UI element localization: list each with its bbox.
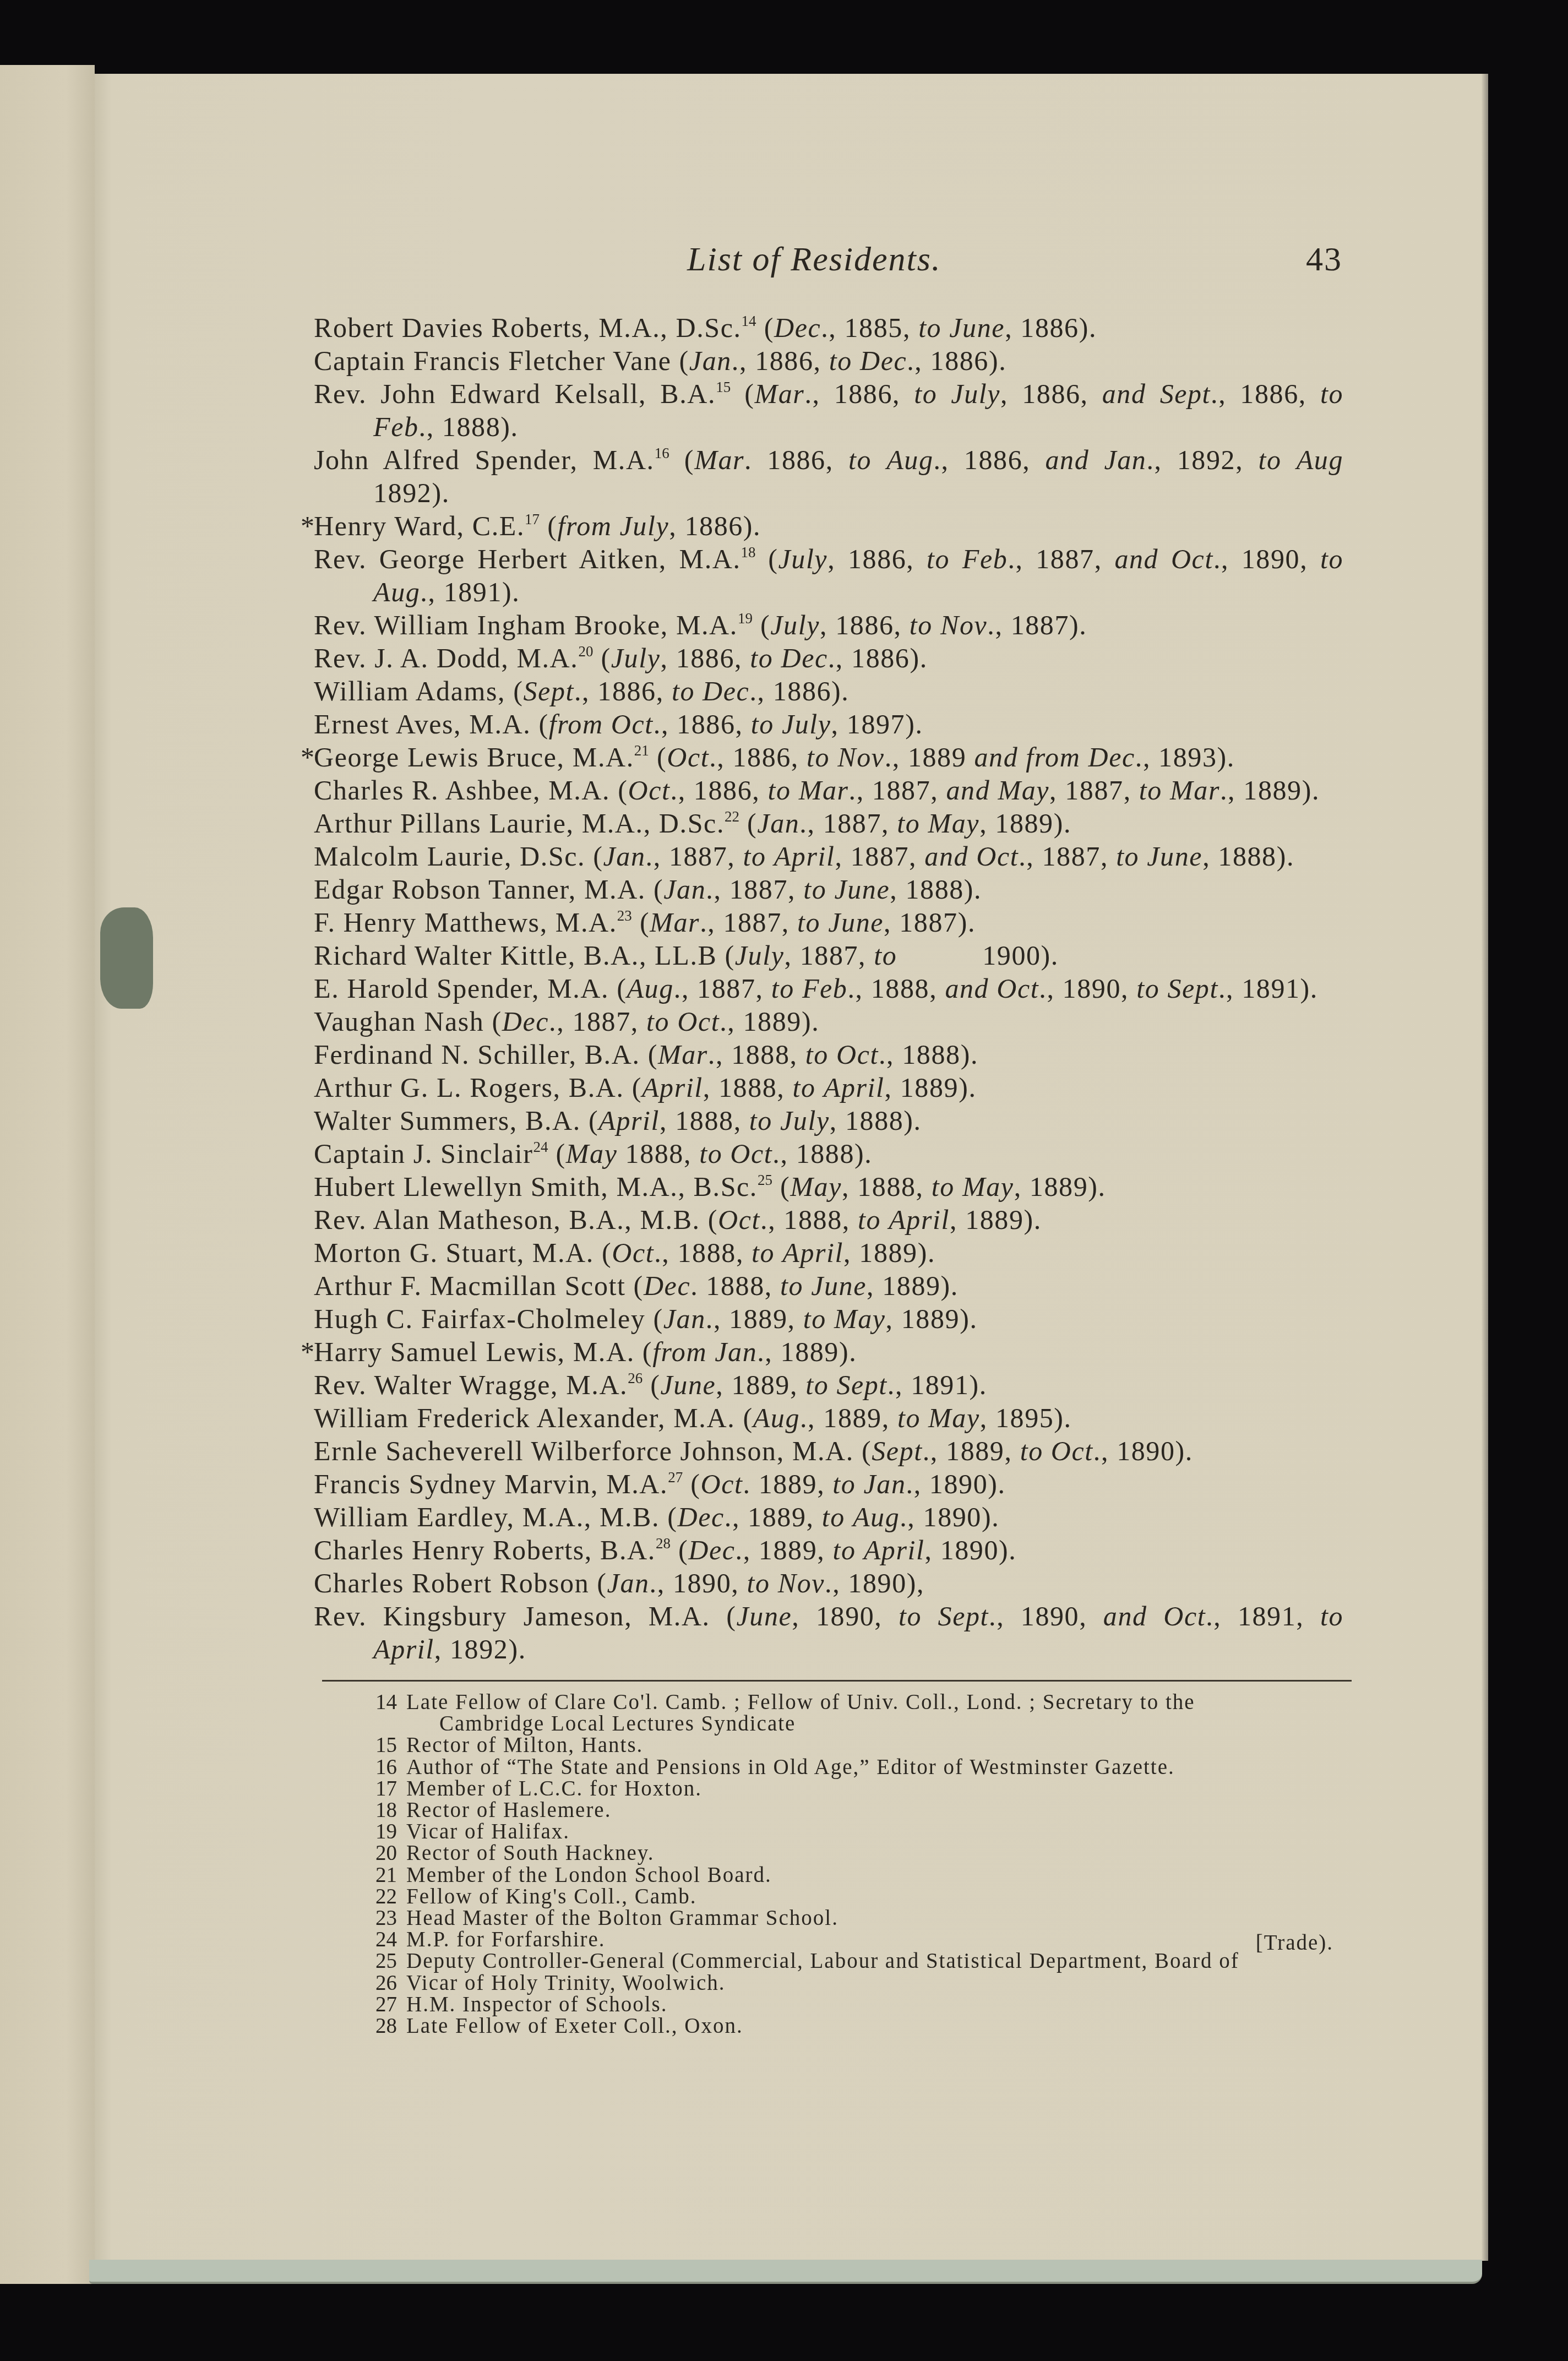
residence-period: (Mar. 1886, to Aug., 1886, and Jan., 189…	[684, 444, 1343, 475]
resident-name: William Adams,	[314, 676, 505, 706]
resident-line: Rev. J. A. Dodd, M.A.20 (July, 1886, to …	[314, 641, 1343, 674]
footnote-text: Vicar of Holy Trinity, Woolwich.	[406, 1971, 726, 1995]
resident-name: Ernle Sacheverell Wilberforce Johnson, M…	[314, 1435, 854, 1466]
footnote-number: 22	[375, 1886, 406, 1907]
residence-period: (Mar., 1886, to July, 1886, and Sept., 1…	[744, 378, 1343, 409]
footnote-number: 18	[375, 1799, 406, 1821]
residence-period: (Aug., 1887, to Feb., 1888, and Oct., 18…	[617, 973, 1318, 1004]
footnote-text: Member of the London School Board.	[406, 1863, 772, 1887]
resident-name: Richard Walter Kittle, B.A., LL.B	[314, 940, 717, 971]
resident-entry: Arthur G. L. Rogers, B.A. (April, 1888, …	[314, 1071, 1343, 1104]
footnote: 17Member of L.C.C. for Hoxton.	[375, 1778, 1344, 1799]
resident-line: Walter Summers, B.A. (April, 1888, to Ju…	[314, 1104, 1343, 1137]
residence-period: (Jan., 1886, to Dec., 1886).	[679, 345, 1007, 376]
resident-line: F. Henry Matthews, M.A.23 (Mar., 1887, t…	[314, 906, 1343, 939]
resident-name: William Eardley, M.A., M.B.	[314, 1502, 660, 1532]
footnote-ref: 24	[533, 1139, 548, 1155]
residence-period: (Jan., 1890, to Nov., 1890),	[597, 1568, 924, 1598]
footnote-ref: 17	[525, 511, 540, 527]
residence-period: (Oct. 1889, to Jan., 1890).	[690, 1468, 1005, 1499]
footnote-line: 22Fellow of King's Coll., Camb.	[375, 1886, 1344, 1907]
resident-line: *Harry Samuel Lewis, M.A. (from Jan., 18…	[314, 1335, 1343, 1368]
resident-line: Rev. George Herbert Aitken, M.A.18 (July…	[314, 542, 1343, 575]
residence-period: (April, 1888, to July, 1888).	[589, 1105, 922, 1136]
footnote-line-continued: Cambridge Local Lectures Syndicate	[375, 1713, 1344, 1734]
resident-entry: F. Henry Matthews, M.A.23 (Mar., 1887, t…	[314, 906, 1343, 939]
resident-line: Malcolm Laurie, D.Sc. (Jan., 1887, to Ap…	[314, 840, 1343, 873]
resident-name: Hugh C. Fairfax-Cholmeley	[314, 1303, 645, 1334]
resident-line: Arthur G. L. Rogers, B.A. (April, 1888, …	[314, 1071, 1343, 1104]
resident-line-continued: April, 1892).	[314, 1633, 1343, 1666]
residence-period: (from Jan., 1889).	[643, 1336, 857, 1367]
footnote: 23Head Master of the Bolton Grammar Scho…	[375, 1907, 1344, 1929]
footnote-number: 15	[375, 1734, 406, 1756]
resident-entry: Rev. George Herbert Aitken, M.A.18 (July…	[314, 542, 1343, 608]
residence-period: (Dec., 1885, to June, 1886).	[764, 312, 1097, 343]
resident-line: Francis Sydney Marvin, M.A.27 (Oct. 1889…	[314, 1467, 1343, 1500]
footnote-line: 26Vicar of Holy Trinity, Woolwich.	[375, 1972, 1344, 1994]
resident-name: Rev. John Edward Kelsall, B.A.	[314, 378, 716, 409]
footnote-text-continued: Cambridge Local Lectures Syndicate	[439, 1712, 796, 1736]
facing-page-edge	[0, 65, 95, 2284]
footnote-number: 28	[375, 2015, 406, 2037]
footnote-ref: 26	[628, 1370, 643, 1386]
footnote: 22Fellow of King's Coll., Camb.	[375, 1886, 1344, 1907]
residence-period: (Sept., 1886, to Dec., 1886).	[513, 676, 849, 706]
footnote-line: 23Head Master of the Bolton Grammar Scho…	[375, 1907, 1344, 1929]
resident-entry: Charles Robert Robson (Jan., 1890, to No…	[314, 1566, 1343, 1600]
footnote-line: 27H.M. Inspector of Schools.	[375, 1994, 1344, 2015]
residence-period: (Dec., 1889, to Aug., 1890).	[667, 1502, 999, 1532]
footnote-line: 20Rector of South Hackney.	[375, 1842, 1344, 1864]
residence-period-continued: Feb., 1888).	[373, 411, 519, 442]
resident-entry: Robert Davies Roberts, M.A., D.Sc.14 (De…	[314, 311, 1343, 344]
resident-line: Edgar Robson Tanner, M.A. (Jan., 1887, t…	[314, 873, 1343, 906]
resident-name: Robert Davies Roberts, M.A., D.Sc.	[314, 312, 742, 343]
resident-name: Rev. Kingsbury Jameson, M.A.	[314, 1601, 710, 1631]
resident-name: Captain Francis Fletcher Vane	[314, 345, 671, 376]
resident-entry: William Adams, (Sept., 1886, to Dec., 18…	[314, 674, 1343, 708]
footnote-text: Rector of Haslemere.	[406, 1798, 611, 1822]
book-cover-edge	[89, 2260, 1482, 2284]
residence-period: (Oct., 1886, to Mar., 1887, and May, 188…	[618, 775, 1320, 806]
resident-entry: William Frederick Alexander, M.A. (Aug.,…	[314, 1401, 1343, 1434]
resident-entry: Francis Sydney Marvin, M.A.27 (Oct. 1889…	[314, 1467, 1343, 1500]
resident-line: Rev. John Edward Kelsall, B.A.15 (Mar., …	[314, 377, 1343, 410]
resident-name: Henry Ward, C.E.	[314, 510, 525, 541]
resident-name: Vaughan Nash	[314, 1006, 484, 1037]
resident-entry: Richard Walter Kittle, B.A., LL.B (July,…	[314, 939, 1343, 972]
footnote-number: 24	[375, 1929, 406, 1950]
footnote-text: Late Fellow of Clare Co'l. Camb. ; Fello…	[406, 1690, 1195, 1714]
page-number: 43	[1306, 242, 1342, 276]
residence-period: (Oct., 1886, to Nov., 1889 and from Dec.…	[657, 742, 1235, 773]
resident-entry: Rev. Alan Matheson, B.A., M.B. (Oct., 18…	[314, 1203, 1343, 1236]
resident-name: Harry Samuel Lewis, M.A.	[314, 1336, 635, 1367]
resident-entry: Rev. William Ingham Brooke, M.A.19 (July…	[314, 608, 1343, 641]
footnote-line: 14Late Fellow of Clare Co'l. Camb. ; Fel…	[375, 1691, 1344, 1713]
footnote-number: 20	[375, 1842, 406, 1864]
footnote-text: Rector of South Hackney.	[406, 1841, 655, 1865]
resident-name: Charles R. Ashbee, M.A.	[314, 775, 610, 806]
resident-entry: Ernle Sacheverell Wilberforce Johnson, M…	[314, 1434, 1343, 1467]
footnote-ref: 22	[725, 808, 739, 825]
resident-entry: Charles Henry Roberts, B.A.28 (Dec., 188…	[314, 1533, 1343, 1566]
footnote-text: Author of “The State and Pensions in Old…	[406, 1755, 1175, 1779]
footnote-line: 18Rector of Haslemere.	[375, 1799, 1344, 1821]
footnote-ref: 25	[758, 1172, 772, 1188]
page-fore-edge	[1482, 74, 1488, 2261]
residence-period-continued: Aug., 1891).	[373, 576, 520, 607]
footnote-text: Rector of Milton, Hants.	[406, 1733, 643, 1757]
resident-name: Charles Robert Robson	[314, 1568, 589, 1598]
residence-period-continued: 1892).	[373, 477, 450, 508]
resident-line-continued: 1892).	[314, 476, 1343, 509]
footnote-line: 17Member of L.C.C. for Hoxton.	[375, 1778, 1344, 1799]
deceased-marker: *	[301, 1335, 315, 1368]
resident-entry: Edgar Robson Tanner, M.A. (Jan., 1887, t…	[314, 873, 1343, 906]
resident-entry: *Harry Samuel Lewis, M.A. (from Jan., 18…	[314, 1335, 1343, 1368]
resident-entry: Malcolm Laurie, D.Sc. (Jan., 1887, to Ap…	[314, 840, 1343, 873]
resident-name: Francis Sydney Marvin, M.A.	[314, 1468, 668, 1499]
resident-name: Walter Summers, B.A.	[314, 1105, 581, 1136]
resident-line: Hubert Llewellyn Smith, M.A., B.Sc.25 (M…	[314, 1170, 1343, 1203]
residence-period: (Sept., 1889, to Oct., 1890).	[862, 1435, 1193, 1466]
residence-period: (July, 1886, to Dec., 1886).	[601, 643, 928, 673]
footnote: 20Rector of South Hackney.	[375, 1842, 1344, 1864]
resident-line: *George Lewis Bruce, M.A.21 (Oct., 1886,…	[314, 741, 1343, 774]
footnote-ref: 18	[741, 544, 756, 561]
resident-name: Arthur Pillans Laurie, M.A., D.Sc.	[314, 808, 725, 839]
footnote-rule	[322, 1680, 1352, 1682]
footnote-ref: 23	[617, 907, 632, 924]
resident-line: Charles Robert Robson (Jan., 1890, to No…	[314, 1566, 1343, 1600]
resident-line: Rev. Alan Matheson, B.A., M.B. (Oct., 18…	[314, 1203, 1343, 1236]
resident-entry: Morton G. Stuart, M.A. (Oct., 1888, to A…	[314, 1236, 1343, 1269]
residence-period: (June, 1890, to Sept., 1890, and Oct., 1…	[726, 1601, 1343, 1631]
resident-name: Morton G. Stuart, M.A.	[314, 1237, 594, 1268]
footnote-line: 15Rector of Milton, Hants.	[375, 1734, 1344, 1756]
footnote-text: Late Fellow of Exeter Coll., Oxon.	[406, 2014, 743, 2038]
resident-name: Edgar Robson Tanner, M.A.	[314, 874, 646, 905]
footnote-number: 25	[375, 1950, 406, 1972]
footnote-number: 16	[375, 1756, 406, 1778]
resident-name: Arthur G. L. Rogers, B.A.	[314, 1072, 624, 1103]
deceased-marker: *	[301, 509, 315, 542]
resident-line: Vaughan Nash (Dec., 1887, to Oct., 1889)…	[314, 1005, 1343, 1038]
resident-line: Ernest Aves, M.A. (from Oct., 1886, to J…	[314, 708, 1343, 741]
footnote: 18Rector of Haslemere.	[375, 1799, 1344, 1821]
resident-name: George Lewis Bruce, M.A.	[314, 742, 634, 773]
residents-list: Robert Davies Roberts, M.A., D.Sc.14 (De…	[314, 311, 1343, 1666]
footnote-line: 28Late Fellow of Exeter Coll., Oxon.	[375, 2015, 1344, 2037]
residence-period: (Oct., 1888, to April, 1889).	[602, 1237, 935, 1268]
resident-entry: Ernest Aves, M.A. (from Oct., 1886, to J…	[314, 708, 1343, 741]
footnote: 26Vicar of Holy Trinity, Woolwich.	[375, 1972, 1344, 1994]
resident-line: Ferdinand N. Schiller, B.A. (Mar., 1888,…	[314, 1038, 1343, 1071]
resident-name: William Frederick Alexander, M.A.	[314, 1402, 735, 1433]
footnote-ref: 20	[578, 643, 593, 660]
residence-period: (July, 1886, to Nov., 1887).	[760, 610, 1087, 640]
footnote: 21Member of the London School Board.	[375, 1864, 1344, 1886]
resident-entry: John Alfred Spender, M.A.16 (Mar. 1886, …	[314, 443, 1343, 509]
residence-period: (from Oct., 1886, to July, 1897).	[538, 709, 923, 739]
residence-period: (Jan., 1889, to May, 1889).	[654, 1303, 978, 1334]
resident-name: John Alfred Spender, M.A.	[314, 444, 655, 475]
resident-name: E. Harold Spender, M.A.	[314, 973, 609, 1004]
resident-entry: Arthur Pillans Laurie, M.A., D.Sc.22 (Ja…	[314, 807, 1343, 840]
residence-period: (June, 1889, to Sept., 1891).	[650, 1369, 987, 1400]
footnote-ref: 15	[716, 379, 731, 395]
footnote-number: 14	[375, 1691, 406, 1713]
resident-line: William Adams, (Sept., 1886, to Dec., 18…	[314, 674, 1343, 708]
residence-period: (April, 1888, to April, 1889).	[632, 1072, 977, 1103]
resident-entry: Rev. J. A. Dodd, M.A.20 (July, 1886, to …	[314, 641, 1343, 674]
resident-line-continued: Aug., 1891).	[314, 575, 1343, 608]
resident-line: Captain J. Sinclair24 (May 1888, to Oct.…	[314, 1137, 1343, 1170]
residence-period: (Mar., 1888, to Oct., 1888).	[648, 1039, 978, 1070]
footnote-ref: 19	[738, 610, 753, 627]
residence-period: (July, 1887, to 1900).	[725, 940, 1059, 971]
resident-line: *Henry Ward, C.E.17 (from July, 1886).	[314, 509, 1343, 542]
resident-entry: Arthur F. Macmillan Scott (Dec. 1888, to…	[314, 1269, 1343, 1302]
residence-period: (Jan., 1887, to May, 1889).	[747, 808, 1071, 839]
footnote-ref: 14	[742, 313, 756, 329]
resident-entry: *George Lewis Bruce, M.A.21 (Oct., 1886,…	[314, 741, 1343, 774]
footnote-line: 16Author of “The State and Pensions in O…	[375, 1756, 1344, 1778]
footnote: 28Late Fellow of Exeter Coll., Oxon.	[375, 2015, 1344, 2037]
resident-name: Malcolm Laurie, D.Sc.	[314, 841, 585, 872]
resident-name: Ernest Aves, M.A.	[314, 709, 531, 739]
residence-period: (May, 1888, to May, 1889).	[780, 1171, 1106, 1202]
residence-period: (Jan., 1887, to April, 1887, and Oct., 1…	[593, 841, 1294, 872]
footnote-number: 17	[375, 1778, 406, 1799]
resident-entry: Charles R. Ashbee, M.A. (Oct., 1886, to …	[314, 774, 1343, 807]
resident-name: Rev. Alan Matheson, B.A., M.B.	[314, 1204, 700, 1235]
resident-line: Hugh C. Fairfax-Cholmeley (Jan., 1889, t…	[314, 1302, 1343, 1335]
resident-name: Captain J. Sinclair	[314, 1138, 533, 1169]
footnote-number: 26	[375, 1972, 406, 1994]
resident-entry: Captain Francis Fletcher Vane (Jan., 188…	[314, 344, 1343, 377]
resident-line: Charles R. Ashbee, M.A. (Oct., 1886, to …	[314, 774, 1343, 807]
footnote-line: 19Vicar of Halifax.	[375, 1821, 1344, 1842]
footnote-number: 27	[375, 1994, 406, 2015]
residence-period: (Mar., 1887, to June, 1887).	[640, 907, 976, 938]
running-head: List of Residents.	[687, 242, 941, 276]
resident-line: Rev. Walter Wragge, M.A.26 (June, 1889, …	[314, 1368, 1343, 1401]
resident-name: Ferdinand N. Schiller, B.A.	[314, 1039, 640, 1070]
resident-name: Rev. George Herbert Aitken, M.A.	[314, 543, 741, 574]
footnote-text: Member of L.C.C. for Hoxton.	[406, 1777, 702, 1800]
footnote: 25Deputy Controller-General (Commercial,…	[375, 1950, 1344, 1972]
footnote-ref: 27	[668, 1469, 683, 1486]
footnote-line: 21Member of the London School Board.	[375, 1864, 1344, 1886]
resident-entry: Rev. Walter Wragge, M.A.26 (June, 1889, …	[314, 1368, 1343, 1401]
paper-stain	[100, 907, 153, 1009]
resident-line: Ernle Sacheverell Wilberforce Johnson, M…	[314, 1434, 1343, 1467]
residence-period: (May 1888, to Oct., 1888).	[556, 1138, 873, 1169]
footnote-text: H.M. Inspector of Schools.	[406, 1993, 667, 2016]
resident-line: Rev. William Ingham Brooke, M.A.19 (July…	[314, 608, 1343, 641]
resident-line-continued: Feb., 1888).	[314, 410, 1343, 443]
residence-period: (Oct., 1888, to April, 1889).	[708, 1204, 1042, 1235]
resident-name: F. Henry Matthews, M.A.	[314, 907, 617, 938]
resident-name: Rev. William Ingham Brooke, M.A.	[314, 610, 738, 640]
footnote: 27H.M. Inspector of Schools.	[375, 1994, 1344, 2015]
resident-line: Robert Davies Roberts, M.A., D.Sc.14 (De…	[314, 311, 1343, 344]
footnote: 19Vicar of Halifax.	[375, 1821, 1344, 1842]
footnote: 16Author of “The State and Pensions in O…	[375, 1756, 1344, 1778]
footnote-ref: 16	[655, 445, 669, 461]
resident-entry: Walter Summers, B.A. (April, 1888, to Ju…	[314, 1104, 1343, 1137]
resident-name: Rev. Walter Wragge, M.A.	[314, 1369, 628, 1400]
resident-name: Hubert Llewellyn Smith, M.A., B.Sc.	[314, 1171, 758, 1202]
resident-entry: *Henry Ward, C.E.17 (from July, 1886).	[314, 509, 1343, 542]
resident-line: Morton G. Stuart, M.A. (Oct., 1888, to A…	[314, 1236, 1343, 1269]
resident-line: Arthur F. Macmillan Scott (Dec. 1888, to…	[314, 1269, 1343, 1302]
resident-line: William Frederick Alexander, M.A. (Aug.,…	[314, 1401, 1343, 1434]
resident-line: Arthur Pillans Laurie, M.A., D.Sc.22 (Ja…	[314, 807, 1343, 840]
resident-entry: Hugh C. Fairfax-Cholmeley (Jan., 1889, t…	[314, 1302, 1343, 1335]
residence-period: (Dec., 1889, to April, 1890).	[678, 1535, 1016, 1565]
residence-period: (July, 1886, to Feb., 1887, and Oct., 18…	[768, 543, 1343, 574]
footnote-text: Fellow of King's Coll., Camb.	[406, 1885, 697, 1908]
resident-entry: Vaughan Nash (Dec., 1887, to Oct., 1889)…	[314, 1005, 1343, 1038]
residence-period: (Dec. 1888, to June, 1889).	[634, 1270, 959, 1301]
resident-name: Rev. J. A. Dodd, M.A.	[314, 643, 578, 673]
footnote-number: 21	[375, 1864, 406, 1886]
footnotes: 14Late Fellow of Clare Co'l. Camb. ; Fel…	[375, 1691, 1344, 2037]
deceased-marker: *	[301, 741, 315, 774]
footnote-ref: 28	[656, 1535, 671, 1552]
resident-entry: William Eardley, M.A., M.B. (Dec., 1889,…	[314, 1500, 1343, 1533]
footnote-ref: 21	[634, 742, 649, 759]
footnote: 15Rector of Milton, Hants.	[375, 1734, 1344, 1756]
residence-period: (Aug., 1889, to May, 1895).	[743, 1402, 1071, 1433]
resident-entry: Rev. John Edward Kelsall, B.A.15 (Mar., …	[314, 377, 1343, 443]
footnote-text: Head Master of the Bolton Grammar School…	[406, 1906, 839, 1930]
resident-entry: E. Harold Spender, M.A. (Aug., 1887, to …	[314, 972, 1343, 1005]
residence-period: (Jan., 1887, to June, 1888).	[654, 874, 982, 905]
residence-period: (from July, 1886).	[547, 510, 761, 541]
resident-line: Richard Walter Kittle, B.A., LL.B (July,…	[314, 939, 1343, 972]
footnote: 24M.P. for Forfarshire.[Trade).	[375, 1929, 1344, 1950]
footnote-text: Vicar of Halifax.	[406, 1820, 570, 1843]
footnote-text: Deputy Controller-General (Commercial, L…	[406, 1949, 1239, 1973]
footnote-line: 24M.P. for Forfarshire.[Trade).	[375, 1929, 1344, 1950]
resident-name: Charles Henry Roberts, B.A.	[314, 1535, 656, 1565]
footnote-number: 23	[375, 1907, 406, 1929]
footnote-number: 19	[375, 1821, 406, 1842]
residence-period: (Dec., 1887, to Oct., 1889).	[492, 1006, 820, 1037]
resident-name: Arthur F. Macmillan Scott	[314, 1270, 626, 1301]
footnote: 14Late Fellow of Clare Co'l. Camb. ; Fel…	[375, 1691, 1344, 1734]
resident-line: William Eardley, M.A., M.B. (Dec., 1889,…	[314, 1500, 1343, 1533]
footnote-line: 25Deputy Controller-General (Commercial,…	[375, 1950, 1344, 1972]
resident-line: Captain Francis Fletcher Vane (Jan., 188…	[314, 344, 1343, 377]
resident-entry: Hubert Llewellyn Smith, M.A., B.Sc.25 (M…	[314, 1170, 1343, 1203]
resident-entry: Ferdinand N. Schiller, B.A. (Mar., 1888,…	[314, 1038, 1343, 1071]
resident-entry: Captain J. Sinclair24 (May 1888, to Oct.…	[314, 1137, 1343, 1170]
resident-line: John Alfred Spender, M.A.16 (Mar. 1886, …	[314, 443, 1343, 476]
resident-line: Charles Henry Roberts, B.A.28 (Dec., 188…	[314, 1533, 1343, 1566]
resident-line: Rev. Kingsbury Jameson, M.A. (June, 1890…	[314, 1600, 1343, 1633]
residence-period-continued: April, 1892).	[373, 1634, 526, 1664]
footnote-text: M.P. for Forfarshire.	[406, 1928, 606, 1951]
resident-entry: Rev. Kingsbury Jameson, M.A. (June, 1890…	[314, 1600, 1343, 1666]
resident-line: E. Harold Spender, M.A. (Aug., 1887, to …	[314, 972, 1343, 1005]
